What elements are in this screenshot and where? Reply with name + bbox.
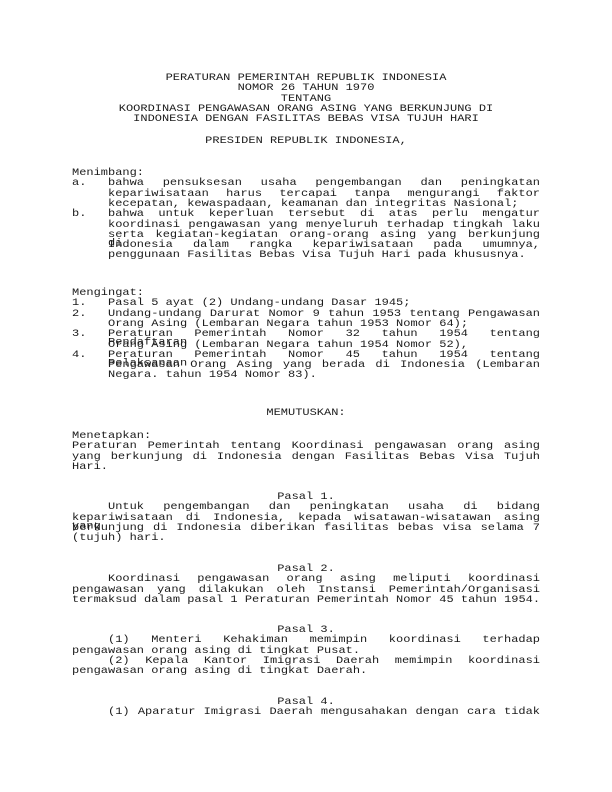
mengingat-marker-2: 2.: [72, 309, 108, 318]
pasal-3-line-2: pengawasan orang asing di tingkat Pusat.: [72, 646, 540, 655]
menimbang-b-line-1: bahwa untuk keperluan tersebut di atas p…: [108, 209, 540, 218]
pasal-3-line-4: pengawasan orang asing di tingkat Daerah…: [72, 666, 540, 675]
menimbang-marker-a: a.: [72, 178, 108, 187]
title-line-3: TENTANG: [72, 94, 540, 103]
menimbang-marker-b: b.: [72, 209, 108, 218]
menimbang-a-line-2: kepariwisataan harus tercapai tanpa meng…: [108, 189, 540, 198]
mengingat-marker-1: 1.: [72, 298, 108, 307]
pasal-3-line-1: (1) Menteri Kehakiman memimpin koordinas…: [108, 635, 540, 644]
mengingat-marker-4: 4.: [72, 350, 108, 359]
menetapkan-line-2: yang berkunjung di Indonesia dengan Fasi…: [72, 452, 540, 461]
pasal-4-line-1: (1) Aparatur Imigrasi Daerah mengusahaka…: [108, 707, 540, 716]
menimbang-b-line-5: penggunaan Fasilitas Bebas Visa Tujuh Ha…: [108, 250, 540, 259]
menimbang-b-line-2: koordinasi pengawasan yang menyeluruh te…: [108, 220, 540, 229]
document-page: PERATURAN PEMERINTAH REPUBLIK INDONESIA …: [0, 0, 612, 792]
mengingat-3-line-2: Orang Asing (Lembaran Negara tahun 1954 …: [108, 340, 540, 349]
pasal-1-line-4: (tujuh) hari.: [72, 533, 540, 542]
mengingat-marker-3: 3.: [72, 329, 108, 338]
mengingat-4-line-3: Negara. tahun 1954 Nomor 83).: [108, 370, 540, 379]
menetapkan-line-1: Peraturan Pemerintah tentang Koordinasi …: [72, 441, 540, 450]
issuer-line: PRESIDEN REPUBLIK INDONESIA,: [72, 136, 540, 145]
title-line-5: INDONESIA DENGAN FASILITAS BEBAS VISA TU…: [72, 114, 540, 123]
pasal-1-line-2: kepariwisataan di Indonesia, kepada wisa…: [72, 513, 540, 522]
pasal-2-line-3: termaksud dalam pasal 1 Peraturan Pemeri…: [72, 595, 540, 604]
menetapkan-line-3: Hari.: [72, 462, 540, 471]
pasal-2-line-1: Koordinasi pengawasan orang asing melipu…: [108, 574, 540, 583]
pasal-1-line-1: Untuk pengembangan dan peningkatan usaha…: [108, 502, 540, 511]
mengingat-3-line-1: Peraturan Pemerintah Nomor 32 tahun 1954…: [108, 329, 540, 338]
menimbang-a-line-1: bahwa pensuksesan usaha pengembangan dan…: [108, 178, 540, 187]
mengingat-2-line-1: Undang-undang Darurat Nomor 9 tahun 1953…: [108, 309, 540, 318]
pasal-2-line-2: pengawasan yang dilakukan oleh Instansi …: [72, 585, 540, 594]
mengingat-1-line-1: Pasal 5 ayat (2) Undang-undang Dasar 194…: [108, 298, 540, 307]
memutuskan-heading: MEMUTUSKAN:: [72, 408, 540, 417]
title-line-2: NOMOR 26 TAHUN 1970: [72, 83, 540, 92]
